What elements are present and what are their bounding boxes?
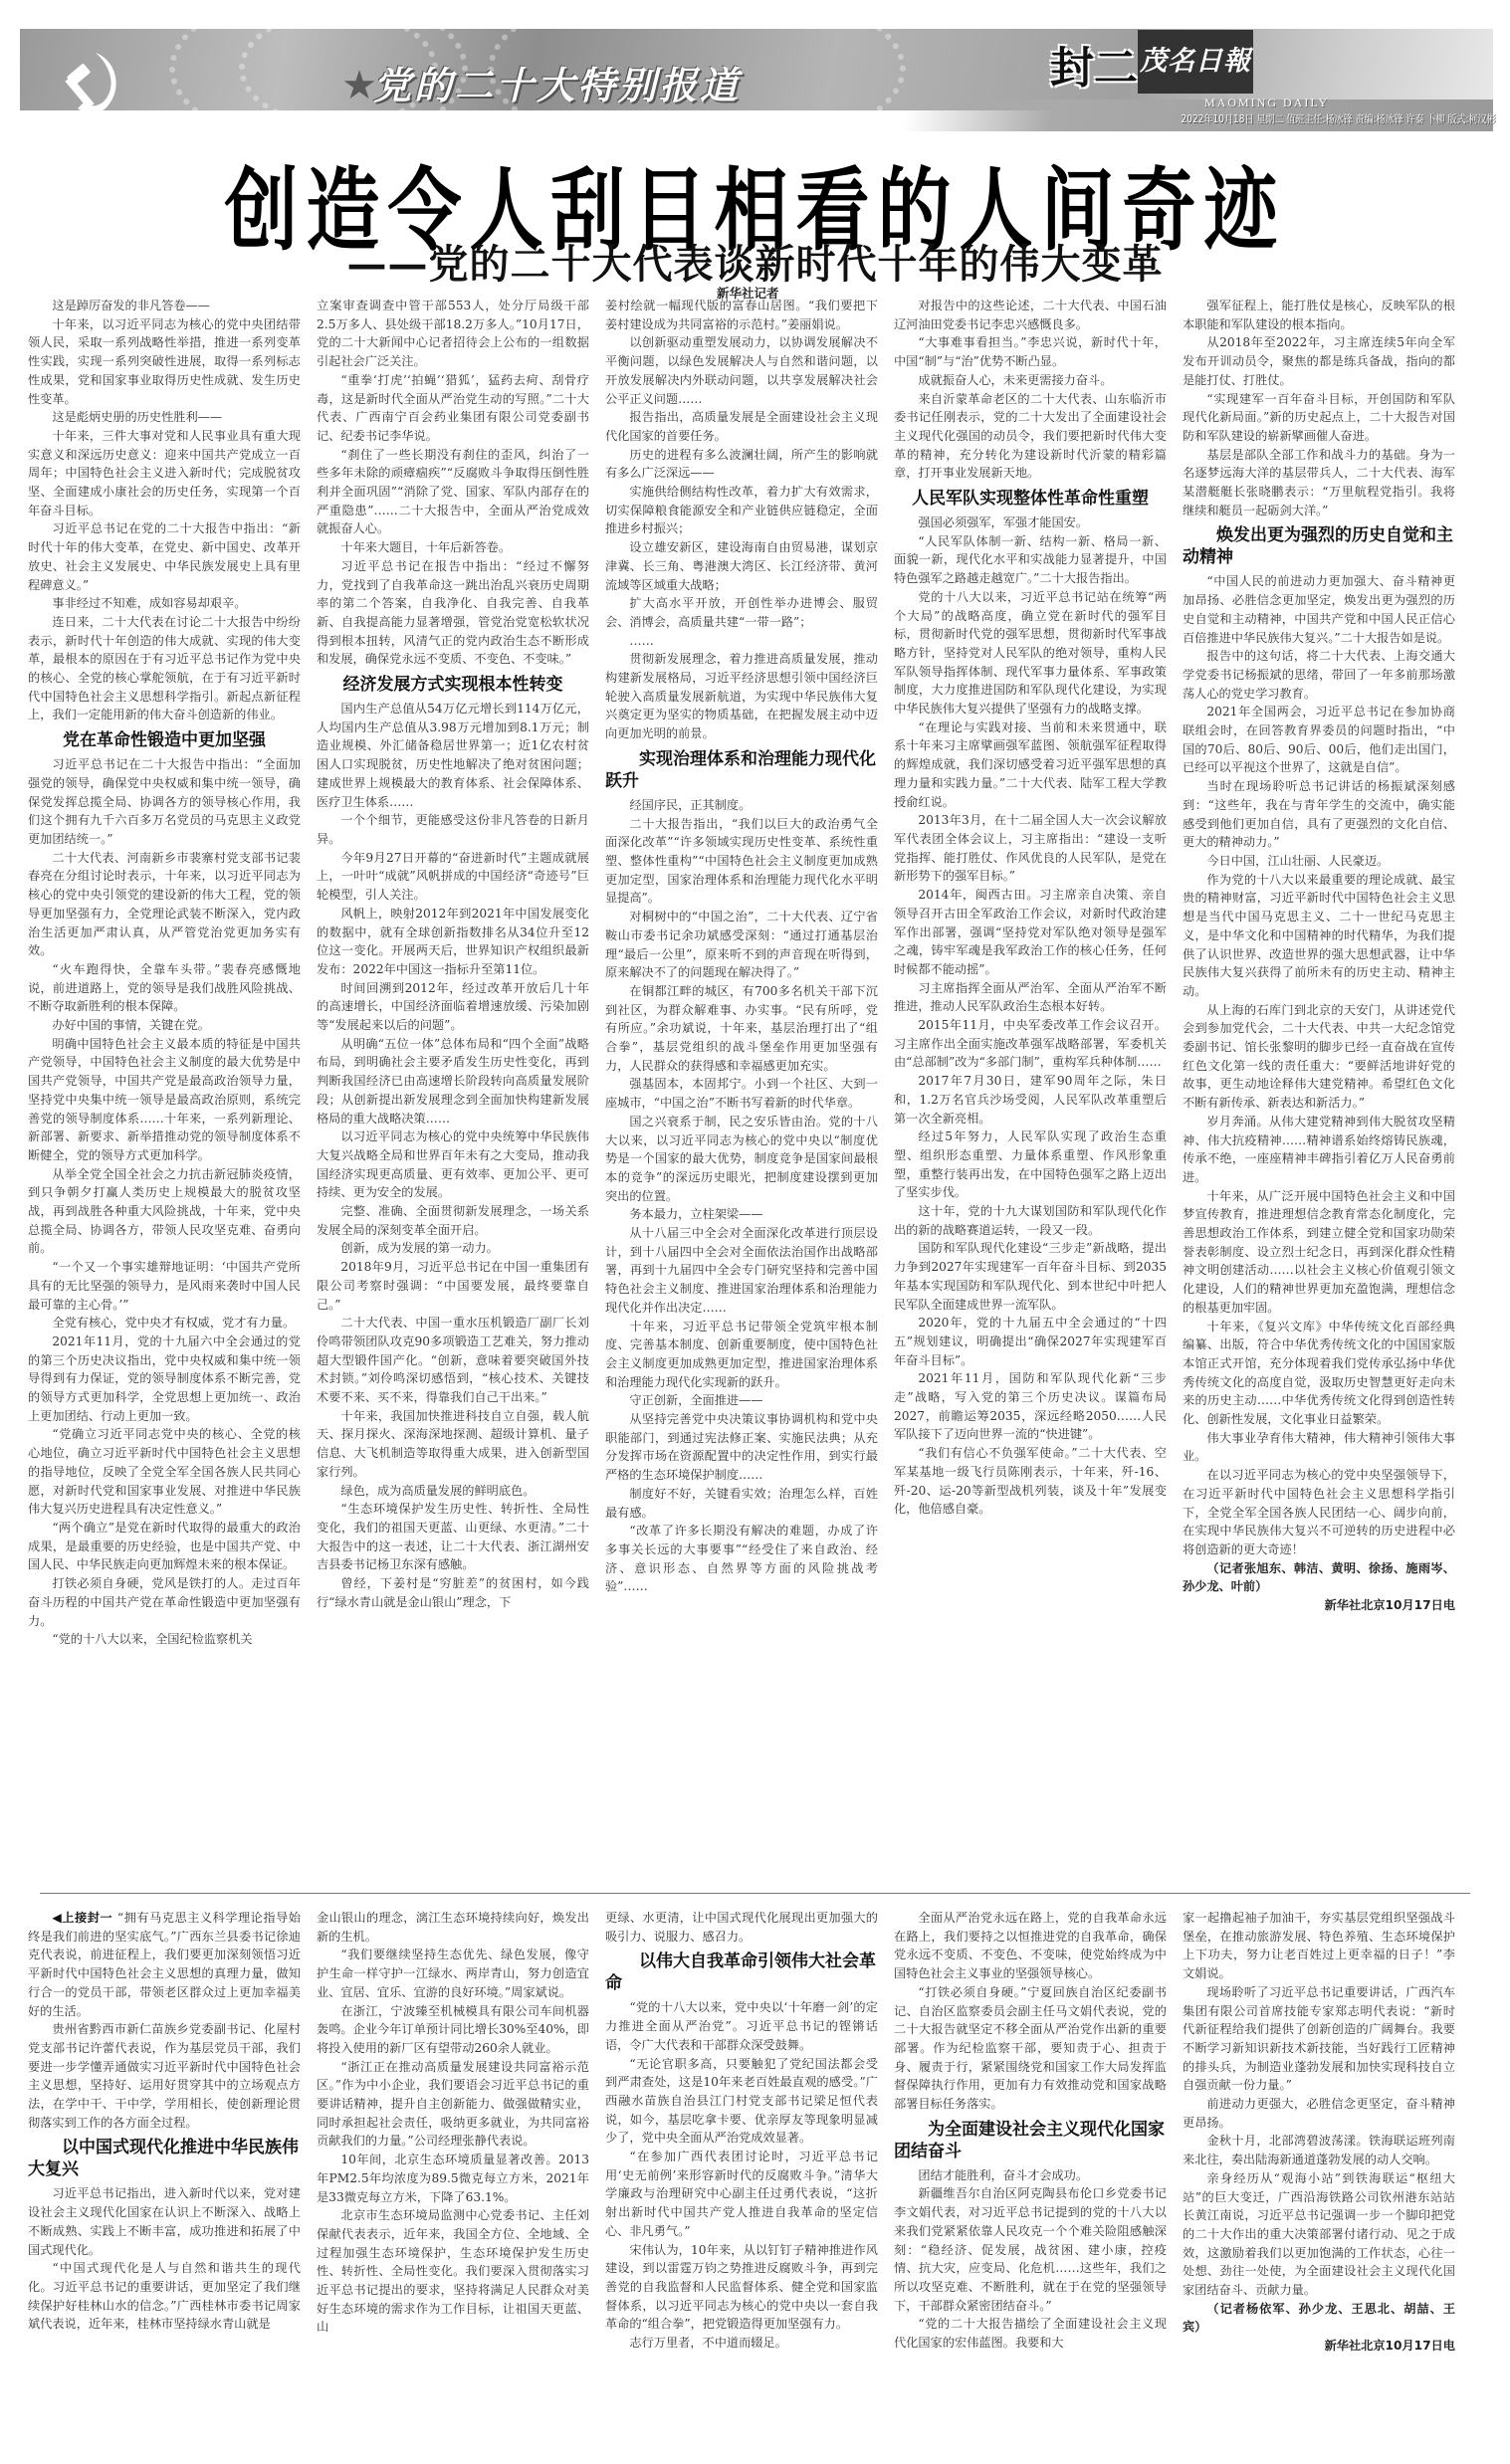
paragraph: 守正创新，全面推进—— [605,1391,878,1410]
paragraph: 在铜都江畔的城区，有700多名机关干部下沉到社区，为群众解难事、办实事。“民有所… [605,982,878,1076]
paragraph: 党的十八大以来，习近平总书记站在统筹“两个大局”的战略高度，确立党在新时代的强军… [894,588,1167,719]
paragraph: 一个个细节，更能感受这份非凡答卷的日新月异。 [317,811,589,848]
paragraph: 宋伟认为，10年来，从以钉钉子精神推进作风建设，到以雷霆万钧之势推进反腐败斗争，… [605,2241,878,2335]
subheadline: ——党的二十大代表谈新时代十年的伟大变革 [0,233,1510,290]
paragraph: 在以习近平同志为核心的党中央坚强领导下，在习近平新时代中国特色社会主义思想科学指… [1183,1466,1455,1559]
paragraph: 从举全党全国全社会之力抗击新冠肺炎疫情，到只争朝夕打赢人类历史上规模最大的脱贫攻… [28,1165,301,1259]
paragraph: 经过5年努力，人民军队实现了政治生态重塑、组织形态重塑、力量体系重塑、作风形象重… [894,1128,1167,1202]
paragraph: 姜村绘就一幅现代版的富春山居图。“我们要把下姜村建设成为共同富裕的示范村。”姜丽… [605,297,878,333]
paragraph: “实现建军一百年奋斗目标，开创国防和军队现代化新局面。”新的历史起点上，二十大报… [1183,390,1455,446]
paragraph: 成就振奋人心，未来更需接力奋斗。 [894,371,1167,390]
paragraph: 2017年7月30日，建军90周年之际，朱日和，1.2万名官兵沙场受阅，人民军队… [894,1072,1167,1128]
paragraph: 对报告中的这些论述，二十大代表、中国石油辽河油田党委书记李忠兴感慨良多。 [894,297,1167,333]
paragraph: 习近平总书记在党的二十大报告中指出：“新时代十年的伟大变革，在党史、新中国史、改… [28,519,301,594]
paragraph: 来自沂蒙革命老区的二十大代表、山东临沂市委书记任刚表示，党的二十大发出了全面建设… [894,390,1167,484]
paragraph: 实施供给侧结构性改革，着力扩大有效需求，切实保障粮食能源安全和产业链供应链稳定，… [605,483,878,538]
paragraph: 现场聆听了习近平总书记重要讲话，广西汽车集团有限公司首席技能专家郑志明代表说：“… [1183,1983,1455,2095]
paragraph: “生态环境保护发生历史性、转折性、全局性变化，我们的祖国天更蓝、山更绿、水更清。… [317,1500,589,1574]
lead-paragraph: ◀上接封一 “拥有马克思主义科学理论指导始终是我们前进的坚实底气。”广西东兰县委… [28,1909,301,2020]
paragraph: 国内生产总值从54万亿元增长到114万亿元，人均国内生产总值从3.98万元增加到… [317,700,589,811]
paragraph: 风帆上，映射2012年到2021年中国发展变化的数据中，就有全球创新指数排名从3… [317,905,589,979]
paragraph: 连日来，二十大代表在讨论二十大报告中纷纷表示，新时代十年创造的伟大成就、实现的伟… [28,613,301,724]
paragraph: “我们有信心不负强军使命。”二十大代表、空军某基地一级飞行员陈刚表示，十年来，歼… [894,1444,1167,1519]
reporter-credit: （记者张旭东、韩洁、黄明、徐扬、施雨岑、孙少龙、叶前） [1183,1559,1455,1596]
paragraph: 国防和军队现代化建设“三步走”新战略，提出力争到2027年实现建军一百年奋斗目标… [894,1239,1167,1314]
paragraph: “在参加广西代表团讨论时，习近平总书记用‘史无前例’来形容新时代的反腐败斗争。”… [605,2148,878,2241]
paragraph: 事非经过不知难，成如容易却艰辛。 [28,594,301,613]
section-heading: 经济发展方式实现根本性转变 [317,674,589,696]
bottom-article-column-2: 金山银山的理念，漓江生态环境持续向好，焕发出新的生机。“我们要继续坚持生态优先、… [317,1909,589,2426]
paragraph: 新疆维吾尔自治区阿克陶县布伦口乡党委书记李文娟代表，对习近平总书记提到的党的十八… [894,2184,1167,2315]
paragraph: 二十大代表、河南新乡市裴寨村党支部书记裴春亮在分组讨论时表示，十年来，以习近平同… [28,849,301,960]
paragraph: 设立雄安新区，建设海南自由贸易港，谋划京津冀、长三角、粤港澳大湾区、长江经济带、… [605,538,878,594]
paragraph: 2014年，闽西古田。习主席亲自决策、亲自领导召开古田全军政治工作会议，对新时代… [894,886,1167,979]
paragraph: 亲身经历从“观海小站”到铁海联运“枢纽大站”的巨大变迁，广西沿海铁路公司钦州港东… [1183,2169,1455,2300]
paragraph: 十年来，三件大事对党和人民事业具有重大现实意义和深远历史意义：迎来中国共产党成立… [28,427,301,520]
paragraph: “刹住了一些长期没有刹住的歪风，纠治了一些多年未除的顽瘴痼疾”“反腐败斗争取得压… [317,446,589,539]
top-article-column-4: 对报告中的这些论述，二十大代表、中国石油辽河油田党委书记李忠兴感慨良多。“大事难… [894,297,1167,1883]
paragraph: 办好中国的事情，关键在党。 [28,1016,301,1035]
paragraph: 以习近平同志为核心的党中央统筹中华民族伟大复兴战略全局和世界百年未有之大变局，推… [317,1128,589,1202]
paragraph: 今年9月27日开幕的“奋进新时代”主题成就展上，一叶叶“成就”风帆拼成的中国经济… [317,849,589,905]
masthead-logo: 茂名日報 [1138,30,1253,94]
paragraph: 当时在现场聆听总书记讲话的杨振斌深刻感到：“这些年，我在与青年学生的交流中，确实… [1183,777,1455,852]
section-heading: 党在革命性锻造中更加坚强 [28,729,301,751]
section-heading: 为全面建设社会主义现代化国家团结奋斗 [894,2119,1167,2162]
paragraph: 时间回溯到2012年，经过改革开放后几十年的高速增长，中国经济面临着增速放缓、污… [317,979,589,1035]
paragraph: 岁月奔涌。从伟大建党精神到伟大脱贫攻坚精神、伟大抗疫精神……精神谱系始终熔铸民族… [1183,1113,1455,1187]
paragraph: 在浙江，宁波臻至机械模具有限公司车间机器轰鸣。企业今年订单预计同比增长30%至4… [317,2002,589,2058]
paragraph: 贯彻新发展理念，着力推进高质量发展，推动构建新发展格局，习近平经济思想引领中国经… [605,650,878,743]
paragraph: 今日中国，江山壮丽、人民豪迈。 [1183,852,1455,871]
paragraph-text: “拥有马克思主义科学理论指导始终是我们前进的坚实底气。”广西东兰县委书记徐迪克代… [28,1911,301,2018]
reporter-credit: （记者杨依军、孙少龙、王思北、胡喆、王宾） [1183,2300,1455,2337]
section-heading: 实现治理体系和治理能力现代化跃升 [605,748,878,792]
paragraph: 扩大高水平开放，开创性举办进博会、服贸会、消博会，高质量共建“一带一路”； [605,594,878,631]
paragraph: 2021年全国两会，习近平总书记在参加协商联组会时，在回答教育界委员的问题时指出… [1183,703,1455,777]
paragraph: “中国式现代化是人与自然和谐共生的现代化。习近平总书记的重要讲话，更加坚定了我们… [28,2259,301,2334]
paragraph: 历史的进程有多么波澜壮阔，所产生的影响就有多么广泛深远—— [605,446,878,483]
paragraph: 明确中国特色社会主义最本质的特征是中国共产党领导，中国特色社会主义制度的最大优势… [28,1035,301,1165]
paragraph: 2021年11月，党的十九届六中全会通过的党的第三个历史决议指出，党中央权威和集… [28,1333,301,1426]
paragraph: 全党有核心，党中央才有权威，党才有力量。 [28,1314,301,1333]
paragraph: “党的二十大报告描绘了全面建设社会主义现代化国家的宏伟蓝图。我要和大 [894,2315,1167,2352]
paragraph: “大事难事看担当。”李忠兴说，新时代十年，中国“制”与“治”优势不断凸显。 [894,333,1167,370]
paragraph: “火车跑得快，全靠车头带。”裴春亮感慨地说，前进道路上，党的领导是我们战胜风险挑… [28,960,301,1016]
paragraph: 经国序民，正其制度。 [605,796,878,815]
paragraph: 以创新驱动重塑发展动力，以协调发展解决不平衡问题，以绿色发展解决人与自然和谐问题… [605,333,878,408]
paragraph: “人民军队体制一新、结构一新、格局一新、面貌一新，现代化水平和实战能力显著提升，… [894,532,1167,588]
paragraph: “无论官职多高，只要触犯了党纪国法都会受到严肃查处，这是10年来老百姓最直观的感… [605,2055,878,2149]
paragraph: 习近平总书记在报告中指出：“经过不懈努力，党找到了自我革命这一跳出治乱兴衰历史周… [317,557,589,669]
paragraph: “中国人民的前进动力更加强大、奋斗精神更加昂扬、必胜信念更加坚定，焕发出更为强烈… [1183,572,1455,647]
paragraph: “在理论与实践对接、当前和未来贯通中，联系十年来习主席擘画强军蓝图、领航强军征程… [894,719,1167,812]
paragraph: “党的十八大以来，党中央以‘十年磨一剑’的定力推进全面从严治党”。习近平总书记的… [605,1998,878,2054]
paragraph: “一个又一个事实雄辩地证明：‘中国共产党所具有的无比坚强的领导力，是风雨来袭时中… [28,1258,301,1314]
paragraph: 报告中的这句话，将二十大代表、上海交通大学党委书记杨振斌的思绪，带回了一年多前那… [1183,647,1455,703]
paragraph: “党确立习近平同志党中央的核心、全党的核心地位，确立习近平新时代中国特色社会主义… [28,1425,301,1519]
paragraph: 十年来，从广泛开展中国特色社会主义和中国梦宣传教育，推进理想信念教育常态化制度化… [1183,1187,1455,1318]
paragraph: 2020年，党的十九届五中全会通过的“十四五”规划建议，明确提出“确保2027年… [894,1314,1167,1369]
top-article-column-2: 立案审查调查中管干部553人，处分厅局级干部2.5万多人、县处级干部18.2万多… [317,297,589,1883]
paragraph: 十年来，我国加快推进科技自立自强，载人航天、探月探火、深海深地探测、超级计算机、… [317,1407,589,1482]
paragraph: 十年来，以习近平同志为核心的党中央团结带领人民，采取一系列战略性举措，推进一系列… [28,315,301,409]
paragraph: 从明确“五位一体”总体布局和“四个全面”战略布局，到明确社会主要矛盾发生历史性变… [317,1035,589,1129]
paragraph: 2018年9月，习近平总书记在中国一重集团有限公司考察时强调：“中国要发展，最终… [317,1258,589,1314]
dispatch-line: 新华社北京10月17日电 [1183,1596,1455,1615]
bottom-article-column-4: 全面从严治党永远在路上，党的自我革命永远在路上，我们要持之以恒推进党的自我革命，… [894,1909,1167,2426]
paragraph: 十年来，《复兴文库》中华传统文化百部经典编纂、出版，符合中华优秀传统文化的中国国… [1183,1318,1455,1429]
paragraph: 报告指出，高质量发展是全面建设社会主义现代化国家的首要任务。 [605,408,878,445]
masthead-english: MAOMING DAILY [1204,96,1329,110]
top-article-column-5: 强军征程上，能打胜仗是核心，反映军队的根本职能和军队建设的根本指向。从2018年… [1183,297,1455,1883]
paragraph: 这十年，党的十九大谋划国防和军队现代化作出的新的战略赛道运转，一段又一段。 [894,1202,1167,1239]
paragraph: “浙江正在推动高质量发展建设共同富裕示范区。”作为中小企业，我们要语会习近平总书… [317,2058,589,2152]
paragraph: 团结才能胜利，奋斗才会成功。 [894,2166,1167,2185]
continued-from-marker: ◀上接封一 [52,1911,116,1925]
paragraph: 2021年11月，国防和军队现代化新“三步走”战略，写入党的第三个历史决议。谋篇… [894,1369,1167,1444]
paragraph: 从坚持完善党中央决策议事协调机构和党中央职能部门，到通过宪法修正案、实施民法典；… [605,1410,878,1485]
paragraph: “重拳‘打虎’‘拍蝇’‘猎狐’，猛药去疴、刮骨疗毒，这是新时代全面从严治党生动的… [317,371,589,446]
paragraph: 从2018年至2022年，习主席连续5年向全军发布开训动员令，聚焦的都是练兵备战… [1183,333,1455,389]
paragraph: 十年来大题目，十年后新答卷。 [317,538,589,557]
paragraph: 从十八届三中全会对全面深化改革进行顶层设计，到十八届四中全会对全面依法治国作出战… [605,1224,878,1318]
paragraph: 强军征程上，能打胜仗是核心，反映军队的根本职能和军队建设的根本指向。 [1183,297,1455,333]
section-heading: 以伟大自我革命引领伟大社会革命 [605,1951,878,1994]
paragraph: 强国必须强军，军强才能国安。 [894,513,1167,532]
section-heading: 人民军队实现整体性革命性重塑 [894,488,1167,510]
paragraph: 10年间，北京生态环境质量显著改善。2013年PM2.5年均浓度为89.5微克每… [317,2151,589,2206]
paragraph: “改革了许多长期没有解决的难题，办成了许多事关长远的大事要事”“经受住了来自政治… [605,1522,878,1596]
bottom-article-column-5: 家一起撸起袖子加油干，夯实基层党组织坚强战斗堡垒，在推动旅游发展、特色养殖、生态… [1183,1909,1455,2426]
article-divider [40,1893,1470,1894]
dispatch-line: 新华社北京10月17日电 [1183,2337,1455,2356]
paragraph: 2015年11月，中央军委改革工作会议召开。习主席作出全面实施改革强军战略部署，… [894,1016,1167,1072]
paragraph: 前进动力更强大，必胜信念更坚定，奋斗精神更昂扬。 [1183,2095,1455,2132]
paragraph: 打铁必须自身硬，党风是铁打的人。走过百年奋斗历程的中国共产党在革命性锻造中更加坚… [28,1574,301,1630]
paragraph: 基层是部队全部工作和战斗力的基础。身为一名逐梦远海大洋的基层带兵人，二十大代表、… [1183,446,1455,520]
paragraph: 国之兴衰系于制，民之安乐皆由治。党的十八大以来，以习近平同志为核心的党中央以“制… [605,1113,878,1206]
paragraph: 曾经，下姜村是“穷脏差”的贫困村，如今践行“绿水青山就是金山银山”理念，下 [317,1574,589,1611]
paragraph: …… [605,632,878,651]
paragraph: 北京市生态环境局监测中心党委书记、主任刘保献代表表示，近年来，我国全方位、全地域… [317,2206,589,2337]
paragraph: 立案审查调查中管干部553人，处分厅局级干部2.5万多人、县处级干部18.2万多… [317,297,589,371]
paragraph: 习主席指挥全面从严治军、全面从严治军不断推进，推动人民军队政治生态根本好转。 [894,979,1167,1016]
top-article-column-3: 姜村绘就一幅现代版的富春山居图。“我们要把下姜村建设成为共同富裕的示范村。”姜丽… [605,297,878,1883]
paragraph: 对桐树中的“中国之治”，二十大代表、辽宁省鞍山市委书记余功斌感受深刻：“通过打通… [605,908,878,982]
paragraph: 金秋十月，北部湾碧波荡漾。铁海联运班列南来北往，奏出陆海新通道蓬勃发展的动人交响… [1183,2132,1455,2168]
paragraph: 完整、准确、全面贯彻新发展理念，一场关系发展全局的深刻变革全面开启。 [317,1202,589,1239]
paragraph: “我们要继续坚持生态优先、绿色发展，像守护生命一样守护一江绿水、两岸青山，努力创… [317,1946,589,2001]
paragraph: 伟大事业孕育伟大精神，伟大精神引领伟大事业。 [1183,1429,1455,1466]
paragraph: 创新，成为发展的第一动力。 [317,1239,589,1258]
paragraph: 习近平总书记指出，进入新时代以来，党对建设社会主义现代化国家在认识上不断深入、战… [28,2184,301,2259]
paragraph: 从上海的石库门到北京的天安门，从讲述党代会到参加党代会，二十大代表、中共一大纪念… [1183,1001,1455,1113]
dateline: 2022年10月18日 星期二 值班主任:杨冰锋 责编:杨冰锋 许泰 卜柳 版式… [1182,111,1496,126]
paragraph: 作为党的十八大以来最重要的理论成就、最宝贵的精神财富，习近平新时代中国特色社会主… [1183,871,1455,1001]
paragraph: 这是踔厉奋发的非凡答卷—— [28,297,301,315]
paragraph: 制度好不好，关键看实效；治理怎么样，百姓最有感。 [605,1485,878,1522]
paragraph: 金山银山的理念，漓江生态环境持续向好，焕发出新的生机。 [317,1909,589,1946]
bottom-article-column-1: ◀上接封一 “拥有马克思主义科学理论指导始终是我们前进的坚实底气。”广西东兰县委… [28,1909,301,2426]
paragraph: “打铁必须自身硬。”宁夏回族自治区纪委副书记、自治区监察委员会副主任马文娟代表说… [894,1983,1167,2114]
page-label: 封二 [1050,32,1138,96]
section-heading: 焕发出更为强烈的历史自觉和主动精神 [1183,524,1455,568]
section-heading: 以中国式现代化推进中华民族伟大复兴 [28,2137,301,2180]
paragraph: “两个确立”是党在新时代取得的最重大的政治成果，是最重要的历史经验，也是中国共产… [28,1519,301,1574]
paragraph: 志行万里者，不中道而辍足。 [605,2334,878,2353]
paragraph: 强基固本，本固邦宁。小到一个社区、大到一座城市，“中国之治”不断书写着新的时代华… [605,1075,878,1112]
paragraph: 2013年3月，在十二届全国人大一次会议解放军代表团全体会议上，习主席指出：“建… [894,811,1167,886]
paragraph: 绿色，成为高质量发展的鲜明底色。 [317,1482,589,1501]
top-article-column-1: 这是踔厉奋发的非凡答卷——十年来，以习近平同志为核心的党中央团结带领人民，采取一… [28,297,301,1883]
bottom-article-column-3: 更绿、水更清，让中国式现代化展现出更加强大的吸引力、说服力、感召力。以伟大自我革… [605,1909,878,2426]
paragraph: 十年来，习近平总书记带领全党筑牢根本制度、完善基本制度、创新重要制度，使中国特色… [605,1318,878,1392]
paragraph: 全面从严治党永远在路上，党的自我革命永远在路上，我们要持之以恒推进党的自我革命，… [894,1909,1167,1983]
paragraph: 更绿、水更清，让中国式现代化展现出更加强大的吸引力、说服力、感召力。 [605,1909,878,1946]
paragraph: 二十大代表、中国一重水压机锻造厂副厂长刘伶鸣带领团队攻克90多项锻造工艺难关，努… [317,1314,589,1407]
paragraph: 贵州省黔西市新仁苗族乡党委副书记、化屋村党支部书记许蕾代表说，作为基层党员干部，… [28,2020,301,2132]
paragraph: 二十大报告指出，“我们以巨大的政治勇气全面深化改革”“许多领域实现历史性变革、系… [605,815,878,909]
paragraph: 习近平总书记在二十大报告中指出：“全面加强党的领导，确保党中央权威和集中统一领导… [28,755,301,849]
paragraph: 家一起撸起袖子加油干，夯实基层党组织坚强战斗堡垒，在推动旅游发展、特色养殖、生态… [1183,1909,1455,1983]
paragraph: “党的十八大以来，全国纪检监察机关 [28,1630,301,1649]
paragraph: 这是彪炳史册的历史性胜利—— [28,408,301,427]
paragraph: 务本最力，立柱架梁—— [605,1205,878,1224]
